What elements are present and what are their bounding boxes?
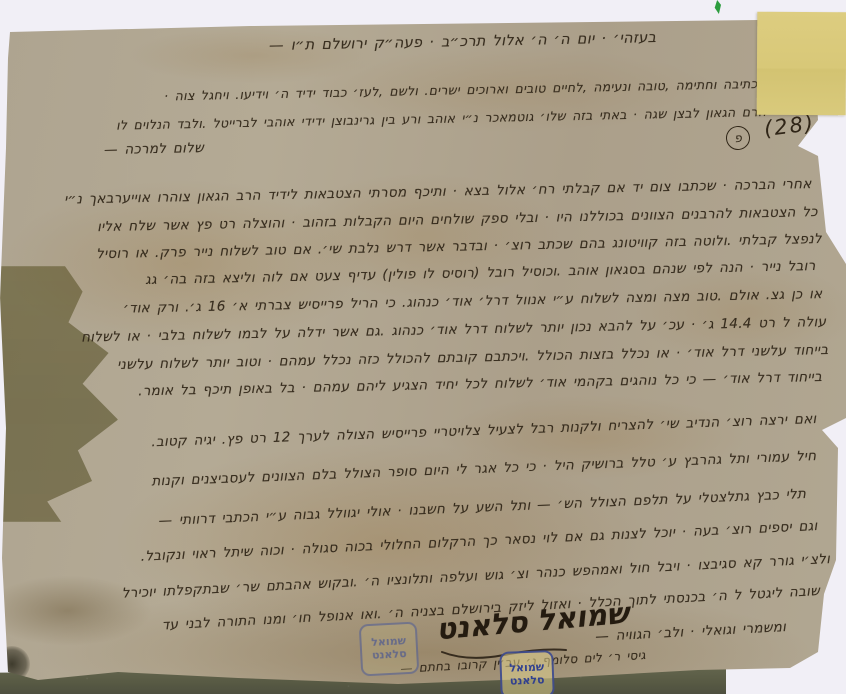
handwriting-line: הרם הגאון לבצן שגה · באתי בזה שלו׳ גוטמא… xyxy=(116,104,766,133)
handwriting-line: אחרי הברכה · שכתבו צום יד אם קבלתי רח׳ א… xyxy=(64,176,812,208)
manuscript-page: בעזהי׳ · יום ה׳ ה׳ אלול תרכ״ב · פעה״ק יר… xyxy=(0,0,846,694)
handwriting-line: או כן גצ. אולם .טוב מצה ומצה לשלוח ע״י א… xyxy=(123,286,823,317)
archive-number: (28) xyxy=(763,111,817,141)
handwriting-line: לנפצל קבלתי .ולוטה בזה קוויטונג בהם שכתב… xyxy=(96,231,822,262)
stamp-text-line2: סלאנט xyxy=(372,648,407,662)
handwriting-line: כל הצטבאות להרבנים הצוונים בכוללנו היו ·… xyxy=(97,204,818,235)
handwriting-line: כתיבה וחתימה ,טובה ונעימה ,לחיים טובים ו… xyxy=(164,76,758,103)
handwriting-line: בייחוד דרל אוד׳ — כי כל נוהגים בקהמי אוד… xyxy=(138,369,822,399)
salutation-line: שלום למרכה — xyxy=(104,140,204,158)
handwriting-line: רובל נייר · הנה לפי שנהם בסגאון אוהב .וכ… xyxy=(145,258,816,288)
stamp-text-line2: סלאנט xyxy=(510,674,545,688)
handwriting-line: ואם ירצה רוצ׳ הנדיב שי׳ להצריח ולקנות רב… xyxy=(151,411,817,450)
date-line: בעזהי׳ · יום ה׳ ה׳ אלול תרכ״ב · פעה״ק יר… xyxy=(269,30,657,54)
handwriting-layer: בעזהי׳ · יום ה׳ ה׳ אלול תרכ״ב · פעה״ק יר… xyxy=(0,0,846,694)
yellow-tape-patch xyxy=(757,12,846,116)
ink-stamp-clear: שמואל סלאנט xyxy=(499,650,555,694)
green-registration-tick-icon xyxy=(714,0,721,14)
ink-stamp-faint: שמואל סלאנט xyxy=(359,622,420,677)
scan-background: בעזהי׳ · יום ה׳ ה׳ אלול תרכ״ב · פעה״ק יר… xyxy=(0,0,846,694)
handwriting-line: חיל עמורי ותל גהרבץ ע׳ טלל ברושיק היל · … xyxy=(151,448,816,490)
handwriting-line: בייחוד עלשני דרל אוד׳ · או נכלל בזצות הכ… xyxy=(117,342,829,373)
handwriting-line: עולה ל רט 14.4 ג׳ · עכ׳ על להבא נכון יות… xyxy=(81,314,826,346)
